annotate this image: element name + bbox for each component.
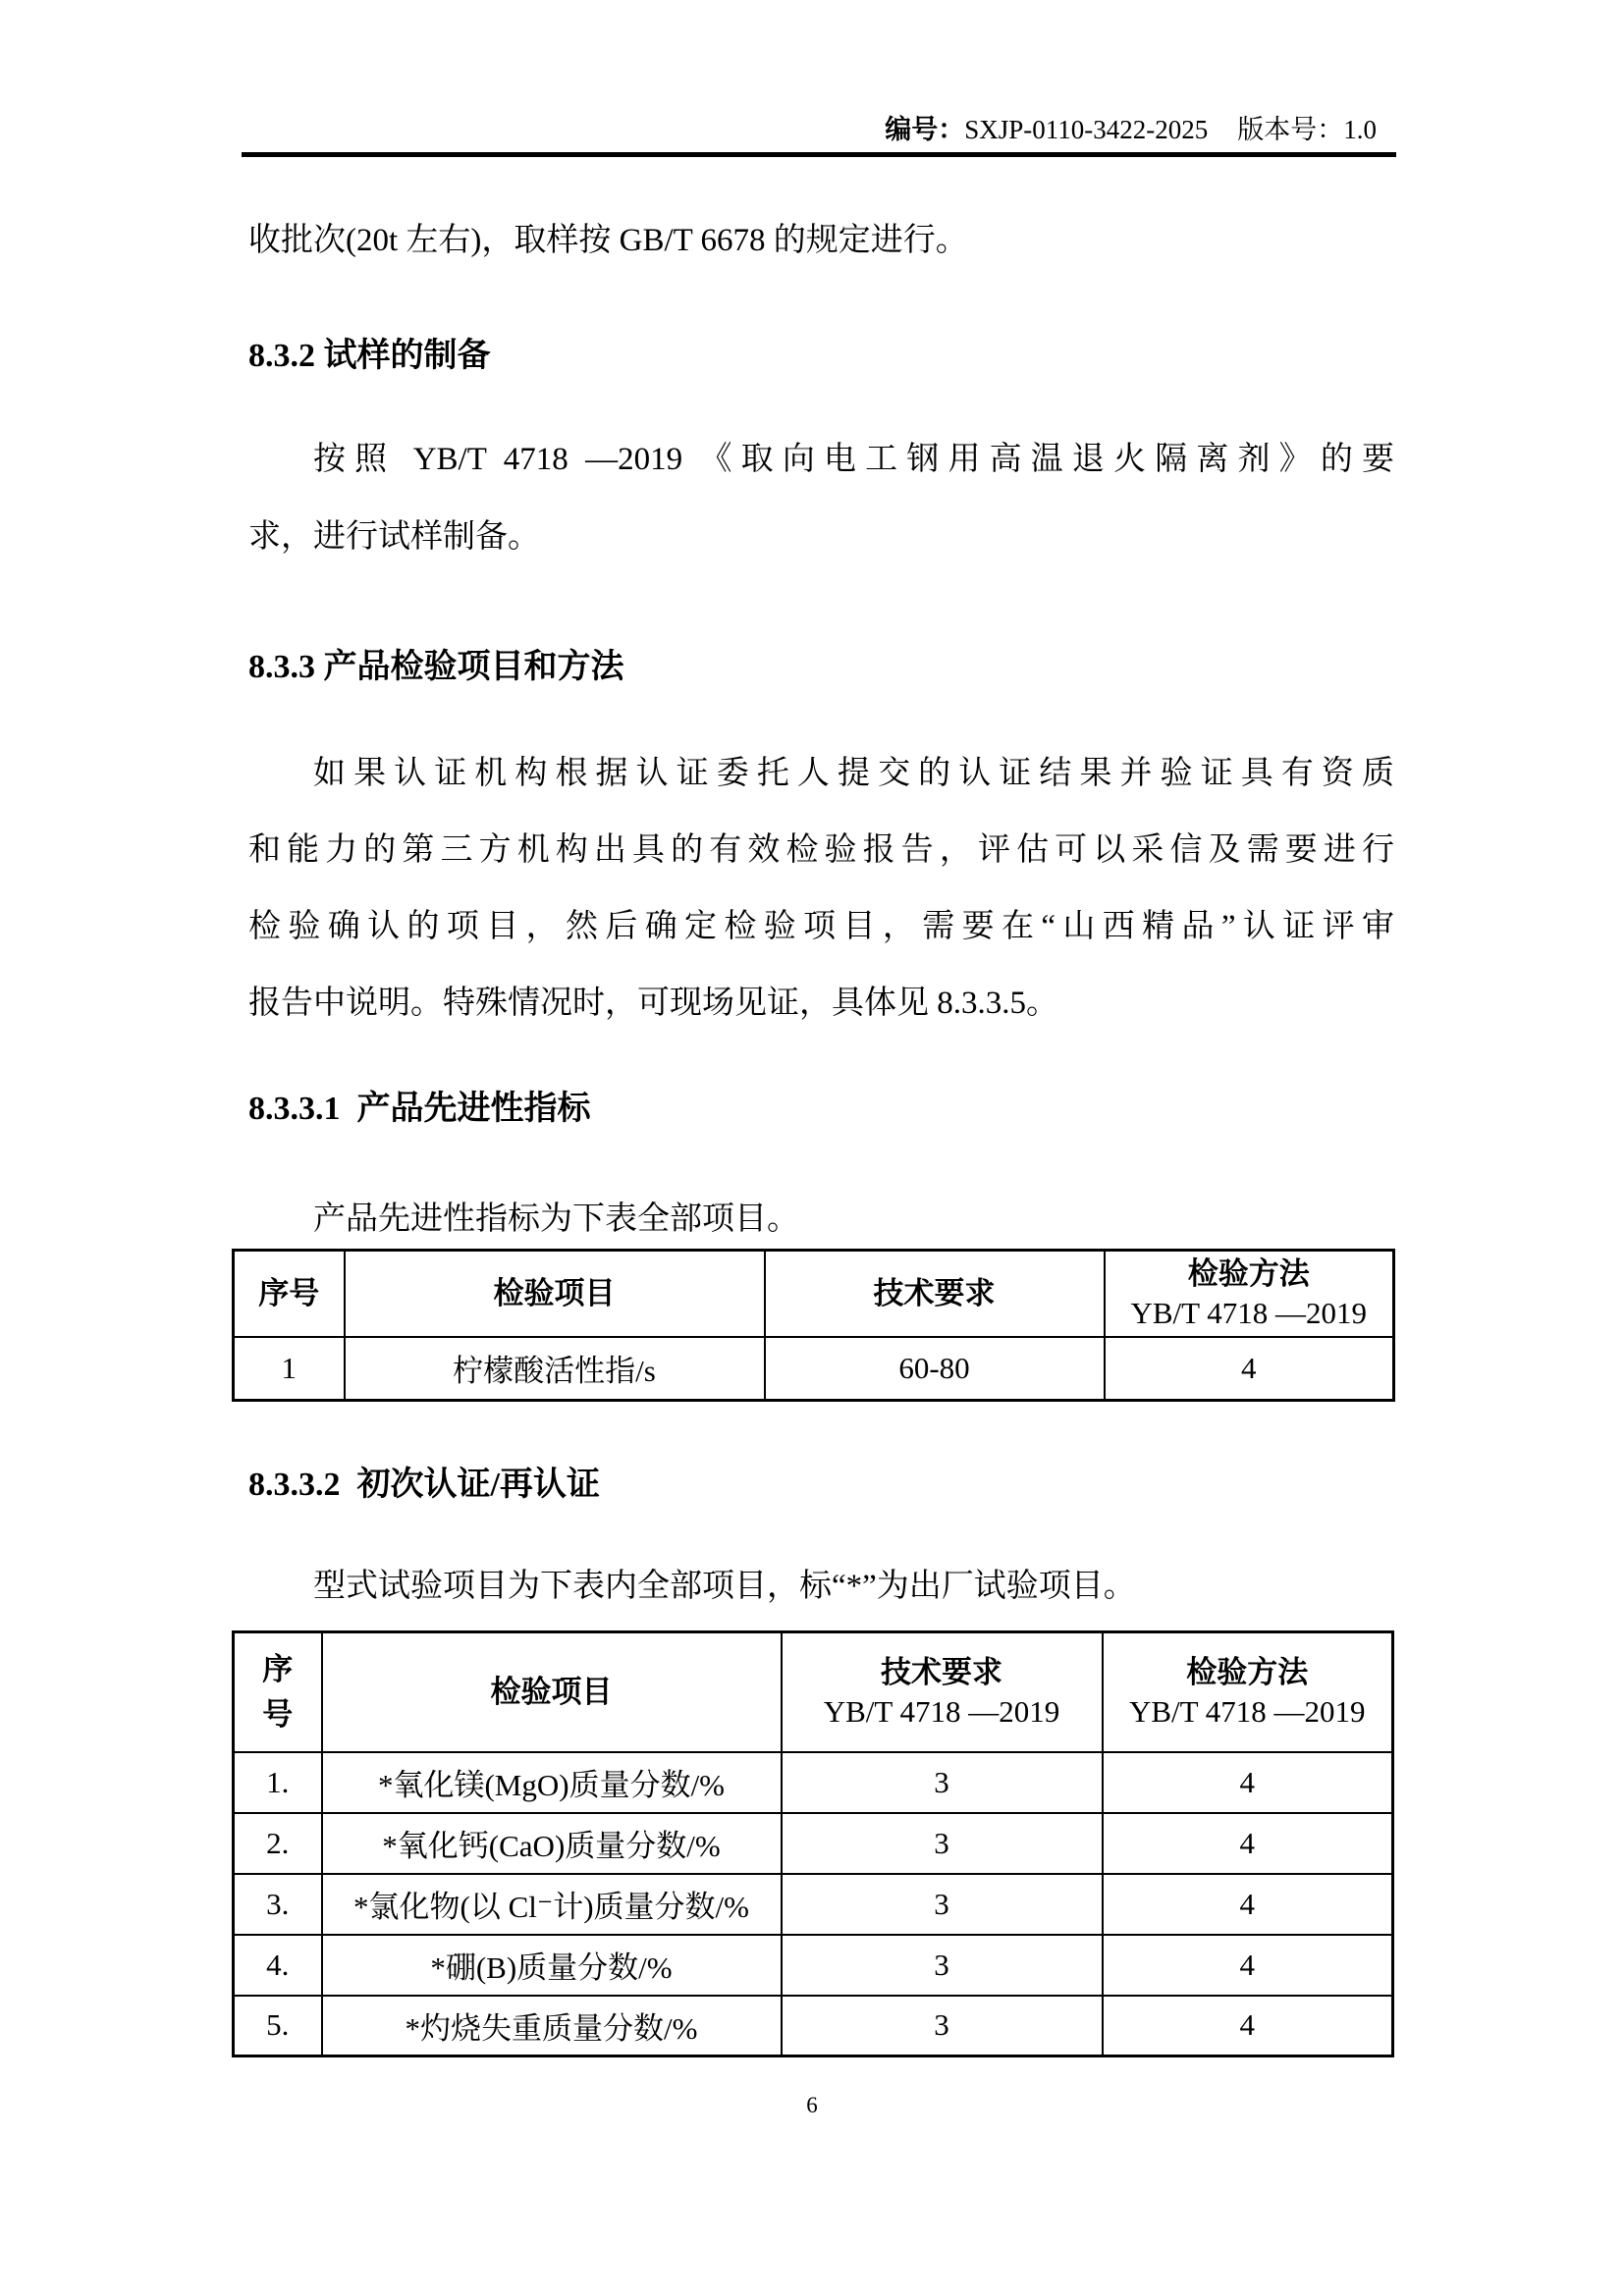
t2-cell-requirement: 3 — [782, 1874, 1103, 1935]
t1-cell-item: 柠檬酸活性指/s — [345, 1337, 765, 1401]
t2-cell-method: 4 — [1103, 1874, 1393, 1935]
t2-cell-no: 4. — [234, 1935, 322, 1996]
heading-8-3-3-1: 8.3.3.1 产品先进性指标 — [248, 1086, 591, 1133]
table-row: 5. *灼烧失重质量分数/% 3 4 — [234, 1996, 1393, 2056]
table-header-row: 序号 检验项目 技术要求 检验方法 YB/T 4718 —2019 — [234, 1251, 1394, 1337]
page-header: 编号：SXJP-0110-3422-2025版本号：1.0 — [242, 110, 1377, 149]
table-row: 2. *氧化钙(CaO)质量分数/% 3 4 — [234, 1813, 1393, 1874]
heading-8-3-3: 8.3.3 产品检验项目和方法 — [248, 644, 624, 691]
t1-header-seq: 序号 — [234, 1251, 345, 1337]
t2-cell-requirement: 3 — [782, 1752, 1103, 1813]
t1-header-item: 检验项目 — [345, 1251, 765, 1337]
t2-header-seq: 序 号 — [234, 1632, 322, 1752]
heading-8-3-2: 8.3.2 试样的制备 — [248, 333, 491, 380]
para-carryover: 收批次(20t 左右)，取样按 GB/T 6678 的规定进行。 — [248, 217, 968, 264]
version-value: 1.0 — [1343, 115, 1377, 144]
version-label: 版本号： — [1237, 115, 1343, 144]
advancement-indicators-table: 序号 检验项目 技术要求 检验方法 YB/T 4718 —2019 1 柠檬酸活… — [232, 1249, 1395, 1402]
t2-cell-requirement: 3 — [782, 1996, 1103, 2056]
table-header-row: 序 号 检验项目 技术要求 YB/T 4718 —2019 检验方法 YB/T … — [234, 1632, 1393, 1752]
t2-cell-item: *氧化钙(CaO)质量分数/% — [322, 1813, 782, 1874]
para-8332: 型式试验项目为下表内全部项目，标“*”为出厂试验项目。 — [248, 1563, 1136, 1610]
table-row: 3. *氯化物(以 Cl⁻计)质量分数/% 3 4 — [234, 1874, 1393, 1935]
heading-8-3-3-2: 8.3.3.2 初次认证/再认证 — [248, 1462, 600, 1509]
t2-cell-no: 1. — [234, 1752, 322, 1813]
para-8331: 产品先进性指标为下表全部项目。 — [248, 1196, 799, 1243]
para-833-line1: 如果认证机构根据认证委托人提交的认证结果并验证具有资质 — [248, 750, 1394, 797]
para-833-line3: 检验确认的项目，然后确定检验项目，需要在“山西精品”认证评审 — [248, 903, 1394, 950]
t2-cell-method: 4 — [1103, 1996, 1393, 2056]
t2-cell-item: *氯化物(以 Cl⁻计)质量分数/% — [322, 1874, 782, 1935]
t2-header-item: 检验项目 — [322, 1632, 782, 1752]
t2-cell-item: *氧化镁(MgO)质量分数/% — [322, 1752, 782, 1813]
page-number: 6 — [0, 2089, 1624, 2122]
doc-number-value: SXJP-0110-3422-2025 — [964, 115, 1208, 144]
table-row: 1. *氧化镁(MgO)质量分数/% 3 4 — [234, 1752, 1393, 1813]
t2-cell-item: *硼(B)质量分数/% — [322, 1935, 782, 1996]
t2-cell-method: 4 — [1103, 1935, 1393, 1996]
para-833-line2: 和能力的第三方机构出具的有效检验报告，评估可以采信及需要进行 — [248, 827, 1394, 874]
doc-number-label: 编号： — [885, 115, 964, 144]
para-832-line2: 求，进行试样制备。 — [248, 513, 540, 561]
t2-header-method: 检验方法 YB/T 4718 —2019 — [1103, 1632, 1393, 1752]
t1-cell-requirement: 60-80 — [765, 1337, 1105, 1401]
t2-cell-method: 4 — [1103, 1813, 1393, 1874]
t2-cell-method: 4 — [1103, 1752, 1393, 1813]
t1-cell-no: 1 — [234, 1337, 345, 1401]
t1-cell-method: 4 — [1105, 1337, 1394, 1401]
table-row: 4. *硼(B)质量分数/% 3 4 — [234, 1935, 1393, 1996]
t2-cell-no: 2. — [234, 1813, 322, 1874]
t2-cell-no: 3. — [234, 1874, 322, 1935]
t2-cell-item: *灼烧失重质量分数/% — [322, 1996, 782, 2056]
header-rule — [242, 152, 1396, 157]
t2-header-requirement: 技术要求 YB/T 4718 —2019 — [782, 1632, 1103, 1752]
t1-header-method: 检验方法 YB/T 4718 —2019 — [1105, 1251, 1394, 1337]
para-833-line4: 报告中说明。特殊情况时，可现场见证，具体见 8.3.3.5。 — [248, 980, 1058, 1027]
t2-cell-requirement: 3 — [782, 1813, 1103, 1874]
para-832-line1: 按照 YB/T 4718 —2019 《取向电工钢用高温退火隔离剂》的要 — [248, 436, 1394, 483]
table-row: 1 柠檬酸活性指/s 60-80 4 — [234, 1337, 1394, 1401]
document-page: 编号：SXJP-0110-3422-2025版本号：1.0 收批次(20t 左右… — [0, 0, 1624, 2296]
t2-cell-no: 5. — [234, 1996, 322, 2056]
t2-cell-requirement: 3 — [782, 1935, 1103, 1996]
t1-header-requirement: 技术要求 — [765, 1251, 1105, 1337]
certification-test-items-table: 序 号 检验项目 技术要求 YB/T 4718 —2019 检验方法 YB/T … — [232, 1630, 1394, 2057]
